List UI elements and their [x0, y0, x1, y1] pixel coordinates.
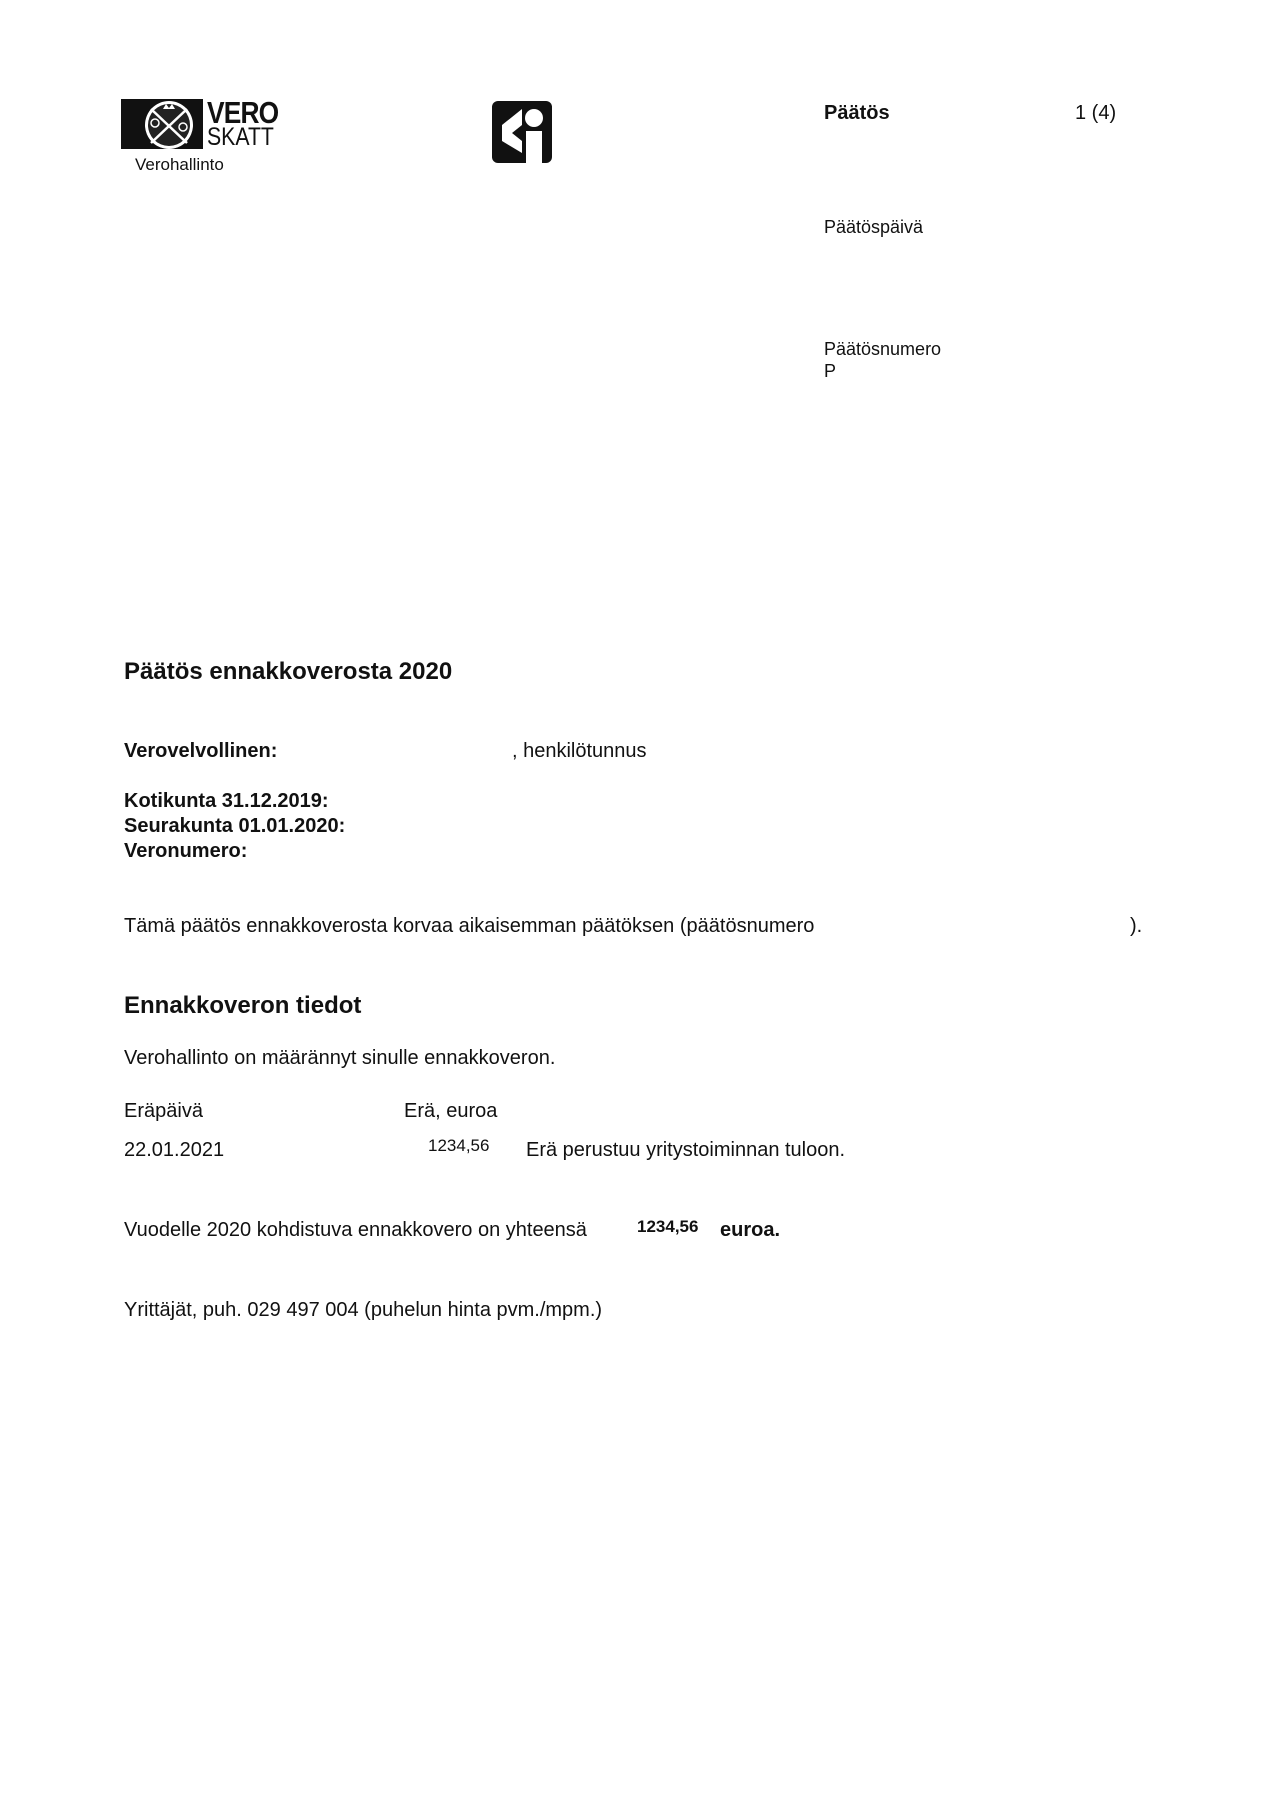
row-due-date: 22.01.2021	[124, 1139, 224, 1162]
parish-label: Seurakunta 01.01.2020:	[124, 815, 345, 838]
decision-number-label: Päätösnumero	[824, 339, 941, 360]
section-intro: Verohallinto on määrännyt sinulle ennakk…	[124, 1047, 555, 1070]
page-indicator: 1 (4)	[1075, 102, 1116, 125]
column-header-due-date: Eräpäivä	[124, 1100, 203, 1123]
replacement-note-closing: ).	[1130, 915, 1142, 938]
column-header-amount: Erä, euroa	[404, 1100, 497, 1123]
taxpayer-label: Verovelvollinen:	[124, 740, 277, 763]
decision-date-label: Päätöspäivä	[824, 217, 923, 238]
personal-id-label: , henkilötunnus	[512, 740, 647, 763]
vero-skatt-emblem-icon	[121, 99, 203, 149]
total-prefix: Vuodelle 2020 kohdistuva ennakkovero on …	[124, 1219, 587, 1242]
decision-number-value: P	[824, 361, 836, 382]
organization-name: Verohallinto	[135, 155, 224, 175]
total-suffix: euroa.	[720, 1219, 780, 1242]
logo-line2: SKATT	[207, 123, 274, 152]
document-type: Päätös	[824, 102, 890, 125]
tax-number-label: Veronumero:	[124, 840, 247, 863]
row-note: Erä perustuu yritystoiminnan tuloon.	[526, 1139, 845, 1162]
gi-arrow-logo-icon	[492, 101, 552, 163]
contact-info: Yrittäjät, puh. 029 497 004 (puhelun hin…	[124, 1299, 602, 1322]
total-amount: 1234,56	[637, 1217, 698, 1237]
home-municipality-label: Kotikunta 31.12.2019:	[124, 790, 329, 813]
row-amount: 1234,56	[428, 1136, 489, 1156]
replacement-note: Tämä päätös ennakkoverosta korvaa aikais…	[124, 915, 814, 938]
page-title: Päätös ennakkoverosta 2020	[124, 658, 452, 686]
section-heading: Ennakkoveron tiedot	[124, 992, 361, 1020]
